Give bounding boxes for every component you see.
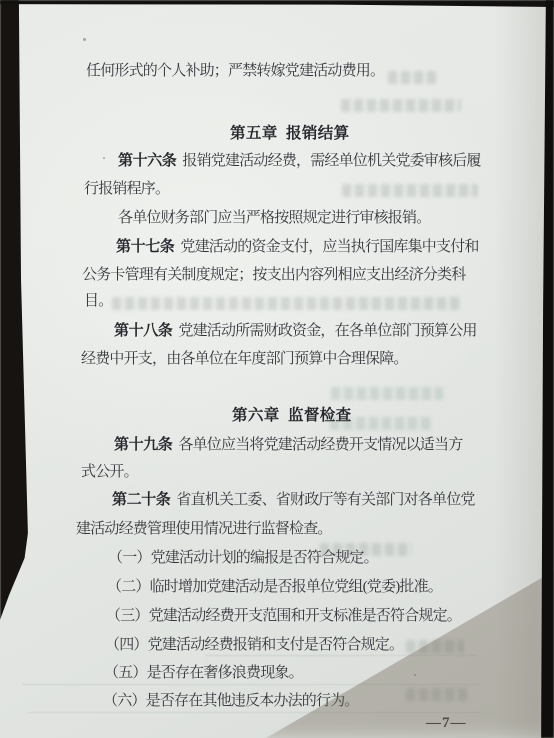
text-line: 第十七条党建活动的资金支付，应当执行国库集中支付和 (116, 237, 479, 257)
text-line: （一）党建活动计划的编报是否符合规定。 (108, 548, 378, 568)
text-line: 建活动经费管理使用情况进行监督检查。 (76, 519, 332, 539)
text-line: 第十六条报销党建活动经费，需经单位机关党委审核后履 (118, 151, 481, 171)
text-line: （二）临时增加党建活动是否报单位党组(党委)批准。 (107, 577, 442, 597)
text-line: 第二十条省直机关工委、省财政厅等有关部门对各单位党 (112, 490, 475, 510)
photo-background: 任何形式的个人补助；严禁转嫁党建活动费用。第五章 报销结算第十六条报销党建活动经… (0, 0, 554, 738)
bleedthrough-mark (342, 184, 478, 197)
text-line: 任何形式的个人补助；严禁转嫁党建活动费用。 (86, 61, 384, 81)
document-page: 任何形式的个人补助；严禁转嫁党建活动费用。第五章 报销结算第十六条报销党建活动经… (0, 0, 554, 738)
text-line: 行报销程序。 (84, 179, 169, 199)
text-line: 公务卡管理有关制度规定；按支出内容列相应支出经济分类科 (82, 265, 465, 285)
bleedthrough-mark (341, 99, 461, 112)
chapter-heading: 第六章 监督检查 (232, 406, 352, 426)
text-line: （五）是否存在奢侈浪费现象。 (104, 663, 303, 683)
bleedthrough-mark (112, 297, 462, 310)
text-line: 第十九条各单位应当将党建活动经费开支情况以适当方 (114, 435, 462, 455)
text-line: （四）党建活动经费报销和支付是否符合规定。 (105, 635, 403, 655)
paper-speck (103, 157, 105, 159)
text-line: （三）党建活动经费开支范围和开支标准是否符合规定。 (106, 606, 461, 626)
bleedthrough-mark (388, 71, 436, 84)
text-line: 式公开。 (81, 462, 138, 482)
text-line: 经费中开支，由各单位在年度部门预算中合理保障。 (81, 349, 408, 369)
text-line: 各单位财务部门应当严格按照规定进行审核报销。 (118, 208, 430, 228)
text-line: 第十八条党建活动所需财政资金，在各单位部门预算公用 (114, 321, 477, 341)
text-line: 目。 (84, 291, 112, 311)
bleedthrough-mark (331, 387, 443, 400)
paper-speck (83, 38, 86, 41)
chapter-heading: 第五章 报销结算 (230, 124, 350, 144)
